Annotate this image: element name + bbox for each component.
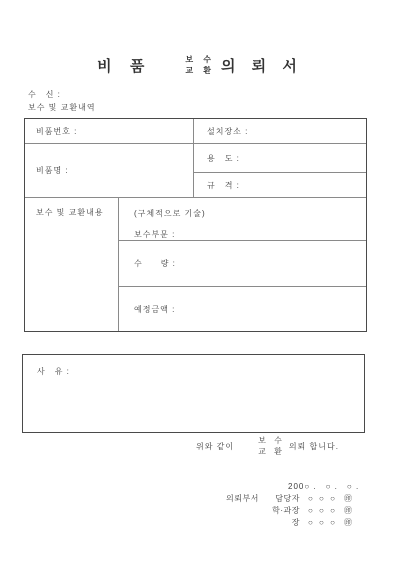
reason-label: 사 유 :: [37, 366, 70, 377]
title-repair-label: 보 수: [185, 56, 215, 64]
signature-row-director: 장 ○ ○ ○ ㊞: [226, 517, 359, 529]
name-placeholder-dept-head: ○ ○ ○: [308, 505, 337, 517]
form-title: 비 품 보 수 교 환 의 뢰 서: [0, 55, 400, 76]
describe-note: (구체적으로 기술): [134, 203, 366, 224]
repair-content-label: 보수 및 교환내용: [36, 207, 104, 218]
signature-dept-label: 의뢰부서: [226, 493, 272, 505]
cell-install-place: 설치장소 :: [194, 119, 366, 144]
closing-statement: 위와 같이 보 수 교 환 의뢰 합니다.: [196, 437, 339, 456]
role-label-manager: 담당자: [272, 493, 300, 505]
cell-item-name: 비품명 :: [25, 144, 194, 198]
title-repair-exchange-stack: 보 수 교 환: [185, 56, 215, 75]
title-item-label: 비 품: [97, 55, 151, 76]
quantity-label: 수 량 :: [134, 258, 176, 269]
cell-spec: 규 격 :: [194, 173, 366, 198]
closing-suffix: 의뢰 합니다.: [289, 441, 339, 452]
seal-mark-director: ㊞: [344, 517, 352, 529]
name-placeholder-manager: ○ ○ ○: [308, 493, 337, 505]
reason-box: 사 유 :: [22, 354, 365, 433]
cell-repair-description: (구체적으로 기술) 보수부문 :: [119, 198, 366, 241]
seal-mark-manager: ㊞: [344, 493, 352, 505]
closing-prefix: 위와 같이: [196, 441, 234, 452]
title-request-label: 의 뢰 서: [221, 55, 303, 76]
role-label-dept-head: 학·과장: [272, 505, 300, 517]
use-label: 용 도 :: [207, 153, 240, 164]
closing-repair-label: 보 수: [258, 437, 285, 445]
cell-repair-content-label: 보수 및 교환내용: [25, 198, 119, 331]
form-table: 비품번호 : 설치장소 : 비품명 : 용 도 : 규 격 : 보수 및 교환내…: [24, 118, 367, 332]
section-label: 보수 및 교환내역: [28, 102, 96, 113]
signature-row-dept-head: 학·과장 ○ ○ ○ ㊞: [226, 505, 359, 517]
cell-quantity: 수 량 :: [119, 241, 366, 287]
signature-block: 200○ . ○ . ○ . 의뢰부서 담당자 ○ ○ ○ ㊞ 학·과장 ○ ○…: [226, 481, 359, 529]
install-place-label: 설치장소 :: [207, 126, 248, 137]
title-exchange-label: 교 환: [185, 67, 215, 75]
spec-label: 규 격 :: [207, 180, 240, 191]
recipient-label: 수 신 :: [28, 89, 61, 100]
signature-date: 200○ . ○ . ○ .: [288, 481, 359, 493]
closing-repair-exchange-stack: 보 수 교 환: [258, 437, 285, 456]
cell-item-number: 비품번호 :: [25, 119, 194, 144]
seal-mark-dept-head: ㊞: [344, 505, 352, 517]
estimated-amount-label: 예정금액 :: [134, 304, 175, 315]
closing-exchange-label: 교 환: [258, 448, 285, 456]
cell-estimated-amount: 예정금액 :: [119, 287, 366, 331]
role-label-director: 장: [272, 517, 300, 529]
item-name-label: 비품명 :: [36, 165, 69, 176]
signature-row-manager: 의뢰부서 담당자 ○ ○ ○ ㊞: [226, 493, 359, 505]
repair-request-form-page: 비 품 보 수 교 환 의 뢰 서 수 신 : 보수 및 교환내역 비품번호 :…: [0, 0, 400, 566]
cell-use: 용 도 :: [194, 144, 366, 173]
name-placeholder-director: ○ ○ ○: [308, 517, 337, 529]
item-number-label: 비품번호 :: [36, 126, 77, 137]
